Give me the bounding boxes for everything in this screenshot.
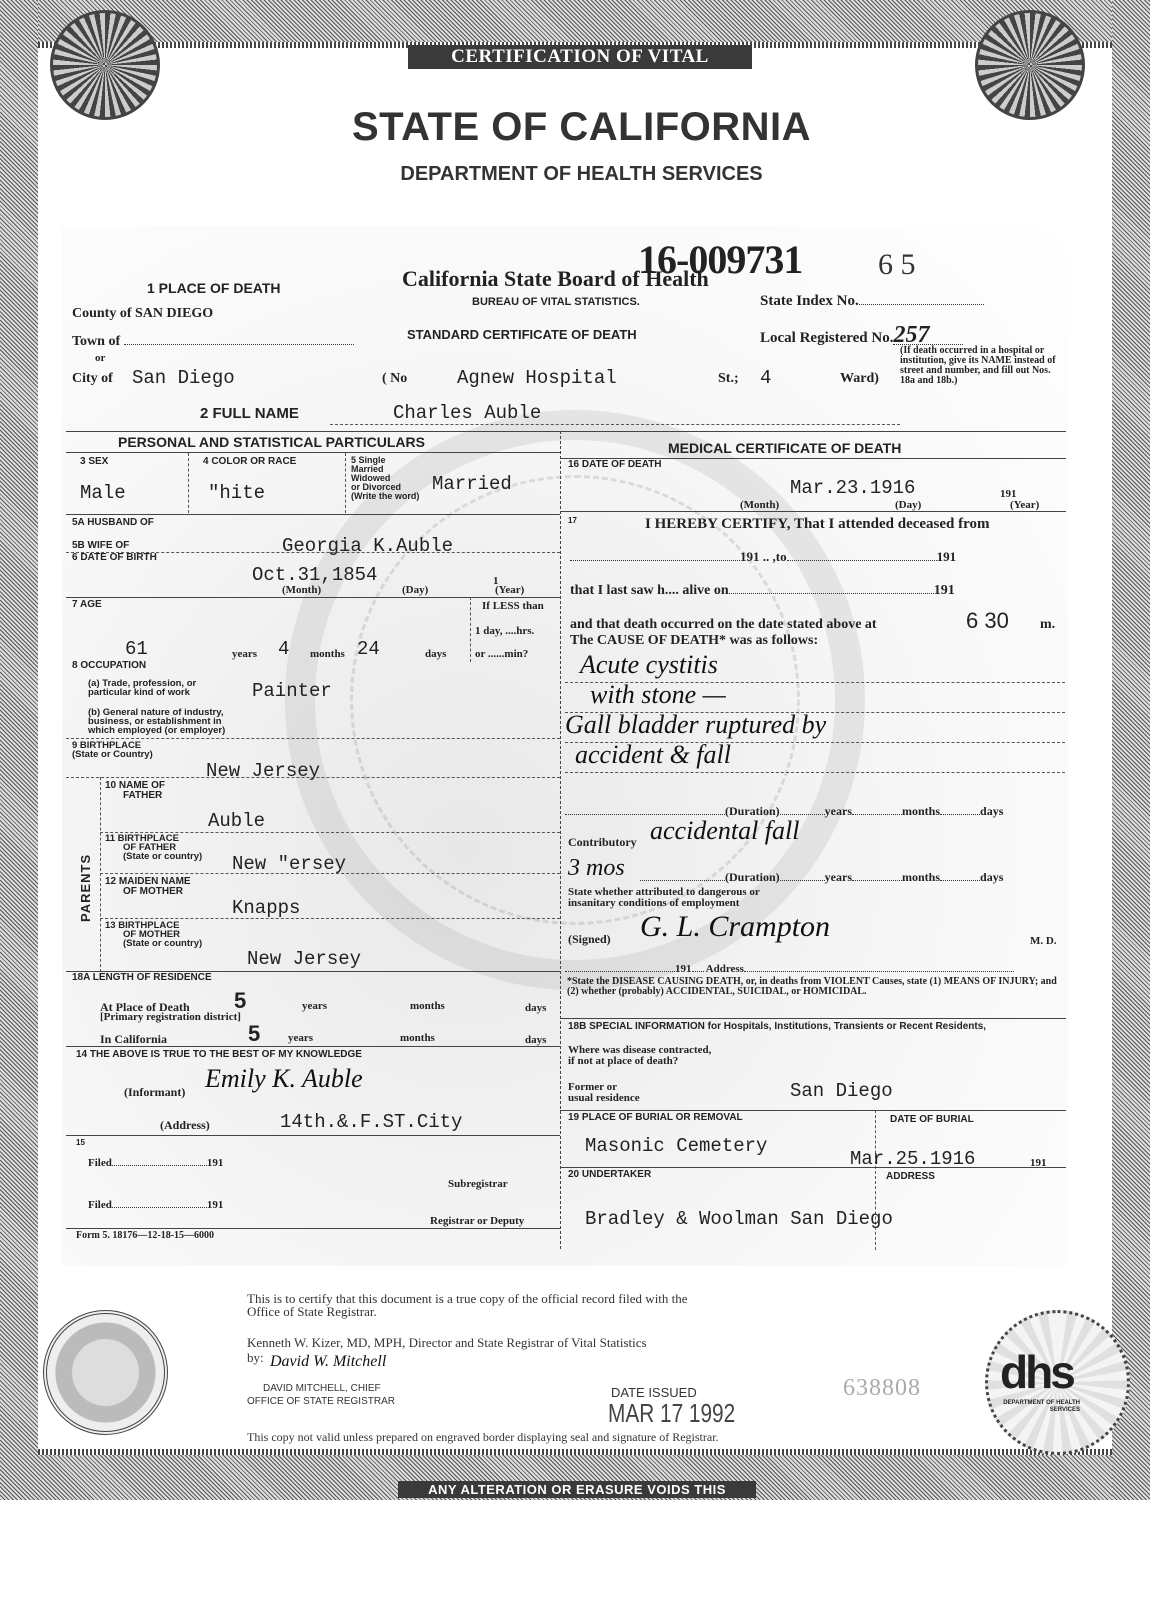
california-residence-years: 5 [248,1021,260,1047]
undertaker-label: 20 UNDERTAKER [568,1170,651,1180]
hospital-note: (If death occurred in a hospital or inst… [900,346,1062,386]
certification-statement: This is to certify that this document is… [247,1292,688,1318]
divider [66,1046,560,1047]
divider [66,431,1066,432]
one-day-label: 1 day, ....hrs. [475,625,534,637]
birthplace-value: New Jersey [206,760,320,782]
place-of-death-label: 1 PLACE OF DEATH [147,280,281,296]
wife-of-label: 5B WIFE OF [72,541,129,551]
sex-label: 3 SEX [80,457,108,467]
age-label: 7 AGE [72,600,102,610]
filed-label: Filed191 [88,1199,223,1211]
personal-section-title: PERSONAL AND STATISTICAL PARTICULARS [118,434,425,450]
department-title: DEPARTMENT OF HEALTH SERVICES [0,163,1163,186]
days-caption: days [525,1034,546,1046]
cause-footnote: *State the DISEASE CAUSING DEATH, or, in… [567,977,1062,997]
certificate-type: STANDARD CERTIFICATE OF DEATH [407,327,637,342]
former-residence-value: San Diego [790,1080,893,1102]
divider [565,772,1065,773]
industry-label: (b) General nature of industry,business,… [88,708,225,735]
month-caption: (Month) [282,584,321,596]
contributory-label: Contributory [568,835,637,850]
day-caption: (Day) [402,584,428,596]
street-label: St.; [718,371,739,387]
residence-label: 18A LENGTH OF RESIDENCE [72,973,212,983]
undertaker-address-label: ADDRESS [886,1172,935,1182]
form-number: Form 5. 18176—12-18-15—6000 [76,1230,214,1241]
informant-address-value: 14th.&.F.ST.City [280,1111,462,1133]
address-row: 191 Address [565,963,1014,975]
divider [100,777,101,972]
date-issued-value: MAR 17 1992 [608,1398,735,1429]
certification-banner: CERTIFICATION OF VITAL RECORD [408,45,752,69]
local-registered-label: Local Registered No.257 [760,326,963,347]
certify-text: I HEREBY CERTIFY, That I attended deceas… [645,516,990,533]
divider [188,453,189,513]
less-than-label: If LESS than [482,600,544,612]
border-right [1112,0,1150,1500]
rosette-icon [50,10,160,120]
california-seal-icon [43,1310,168,1435]
registrar-signature: David W. Mitchell [270,1353,386,1371]
days-caption: days [525,1002,546,1014]
race-value: "hite [208,482,265,504]
special-information-label: 18B SPECIAL INFORMATION for Hospitals, I… [568,1022,1063,1032]
time-of-death: 6 30 [966,608,1009,634]
registrar-label: Registrar or Deputy [430,1215,524,1227]
ward-label: Ward) [840,371,879,387]
divider [560,1110,1066,1111]
month-caption: (Month) [740,499,779,511]
state-index-label: State Index No. [760,293,984,310]
rosette-icon [975,10,1085,120]
husband-of-label: 5A HUSBAND OF [72,518,154,528]
local-registered-value: 257 [893,326,963,345]
border-top [0,0,1150,42]
dob-value: Oct.31,1854 [252,564,377,586]
dhs-logo: dhs [1000,1345,1073,1399]
father-birthplace-value: New "ersey [232,853,346,875]
registrar-line: Kenneth W. Kizer, MD, MPH, Director and … [247,1335,647,1351]
dhs-logo-subtitle: DEPARTMENT OF HEALTH SERVICES [1000,1400,1080,1414]
alteration-warning-banner: ANY ALTERATION OR ERASURE VOIDS THIS CER… [398,1481,756,1498]
race-label: 4 COLOR OR RACE [203,457,296,467]
stamp-mark: 6 5 [878,248,916,282]
occupation-label: 8 OCCUPATION [72,661,146,671]
mother-maiden-label: 12 MAIDEN NAMEOF MOTHER [105,877,191,897]
date-of-death-label: 16 DATE OF DEATH [568,460,662,470]
burial-place-value: Masonic Cemetery [585,1135,767,1157]
days-caption: days [425,648,446,660]
by-label: by: [247,1350,264,1366]
occurred-text: and that death occurred on the date stat… [570,617,877,633]
divider [100,918,560,919]
city-value: San Diego [132,367,235,389]
divider [560,1167,1066,1168]
contributory-duration: 3 mos [568,855,625,882]
border-rule [38,1449,1112,1455]
california-residence-label: In California [100,1032,167,1047]
board-title: California State Board of Health [402,266,709,292]
divider [470,597,471,662]
age-days: 24 [357,638,380,660]
informant-statement: 14 THE ABOVE IS TRUE TO THE BEST OF MY K… [76,1050,362,1060]
marital-value: Married [432,473,512,495]
divider [560,1018,1066,1019]
county-label: County of SAN DIEGO [72,306,213,322]
divider [66,452,560,453]
ward-value: 4 [760,367,771,389]
filing-section-number: 15 [76,1138,85,1148]
divider [560,511,1066,512]
years-caption: years [302,1000,327,1012]
dangerous-label: State whether attributed to dangerous or… [568,887,760,909]
former-residence-label: Former orusual residence [568,1082,640,1104]
parents-side-label: PARENTS [78,832,94,922]
informant-label: (Informant) [124,1085,185,1100]
marital-label: 5 Single Married Widowed or Divorced (Wr… [351,456,419,501]
months-caption: months [310,648,345,660]
district-label: [Primary registration district] [100,1011,241,1023]
mother-maiden-value: Knapps [232,897,300,919]
informant-signature: Emily K. Auble [205,1064,363,1094]
mother-birthplace-value: New Jersey [247,948,361,970]
divider [100,873,560,874]
hospital-value: Agnew Hospital [457,367,617,389]
months-caption: months [400,1032,435,1044]
or-label: or [95,352,105,364]
cause-line: Gall bladder ruptured by [565,710,826,740]
full-name-value: Charles Auble [393,402,541,424]
border-left [0,0,38,1500]
contracted-label: Where was disease contracted,if not at p… [568,1045,711,1067]
trade-label: (a) Trade, profession, orparticular kind… [88,679,196,697]
undertaker-value: Bradley & Woolman San Diego [585,1208,893,1230]
father-birthplace-label: 11 BIRTHPLACEOF FATHER(State or country) [105,834,202,861]
burial-date-label: DATE OF BURIAL [890,1115,974,1125]
dob-label: 6 DATE OF BIRTH [72,553,157,563]
subregistrar-label: Subregistrar [448,1178,508,1190]
attended-range: 191 .. ,to191 [570,549,956,565]
trade-value: Painter [252,680,332,702]
no-label: ( No [382,371,407,387]
day-caption: (Day) [895,499,921,511]
signed-label: (Signed) [568,932,611,947]
validity-note: This copy not valid unless prepared on e… [247,1430,719,1445]
father-name-label: 10 NAME OFFATHER [105,781,165,801]
age-months: 4 [278,638,289,660]
last-saw-text: that I last saw h.... alive on191 [570,583,955,599]
time-suffix: m. [1040,617,1055,633]
or-min-label: or ......min? [475,648,528,660]
sex-value: Male [80,482,126,504]
divider [66,514,560,515]
spouse-value: Georgia K.Auble [282,535,453,557]
cause-line: Acute cystitis [580,650,718,680]
burial-place-label: 19 PLACE OF BURIAL OR REMOVAL [568,1113,743,1123]
years-caption: years [232,648,257,660]
months-caption: months [410,1000,445,1012]
year-caption: (Year) [495,584,524,596]
duration-row: (Duration)yearsmonthsdays [640,870,1003,885]
year-caption: (Year) [1010,499,1039,511]
cause-line: with stone — [590,680,726,710]
signer-office: OFFICE OF STATE REGISTRAR [247,1396,395,1407]
cause-line: accident & fall [575,740,731,770]
town-label: Town of [72,334,354,350]
divider [66,777,560,778]
divider [330,424,900,425]
filed-label: Filed191 [88,1157,223,1169]
cause-label: The CAUSE OF DEATH* was as follows: [570,633,818,649]
father-name-value: Auble [208,810,265,832]
signer-name: DAVID MITCHELL, CHIEF [263,1383,381,1394]
bureau-label: BUREAU OF VITAL STATISTICS. [472,297,640,307]
divider [345,453,346,513]
divider [66,1228,560,1229]
medical-section-title: MEDICAL CERTIFICATE OF DEATH [668,440,901,456]
years-caption: years [288,1032,313,1044]
state-title: STATE OF CALIFORNIA [0,105,1163,150]
informant-address-label: (Address) [160,1118,210,1133]
full-name-label: 2 FULL NAME [200,405,299,422]
serial-number: 638808 [843,1375,921,1402]
city-label: City of [72,371,113,387]
birthplace-label: 9 BIRTHPLACE(State or Country) [72,741,153,759]
physician-signature: G. L. Crampton [640,910,830,944]
certify-number: 17 [568,516,577,526]
date-of-death-value: Mar.23.1916 [790,477,915,499]
md-label: M. D. [1030,935,1057,947]
column-divider [560,431,561,1249]
divider [66,738,560,739]
contributory-value: accidental fall [650,816,799,846]
divider [66,1135,560,1136]
mother-birthplace-label: 13 BIRTHPLACEOF MOTHER(State or country) [105,921,202,948]
age-years: 61 [125,638,148,660]
divider [66,597,560,598]
